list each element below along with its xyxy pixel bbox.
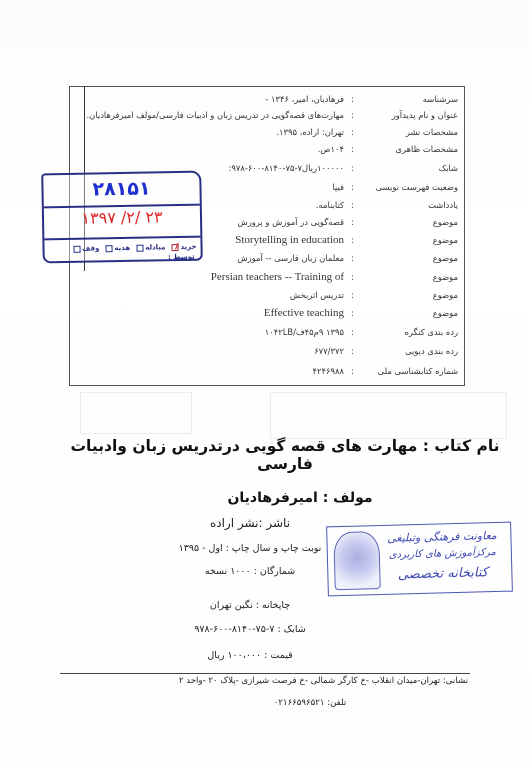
cip-colon: :: [351, 343, 354, 359]
author: مولف : امیرفرهادیان: [150, 490, 450, 506]
option-gift: هدیه: [105, 242, 130, 254]
cip-label: رده بندی دیویی: [358, 343, 458, 359]
cip-label: یادداشت: [358, 197, 458, 213]
cip-value: فیپا: [332, 179, 344, 195]
cip-label: رده بندی کنگره: [358, 324, 458, 340]
isbn: شابک : ۷-۷۵-۸۱۴۰-۶۰۰-۹۷۸: [110, 624, 390, 635]
cip-colon: :: [351, 107, 354, 123]
cip-label: موضوع: [358, 232, 458, 248]
cip-row: موضوع:Persian teachers -- Training of: [70, 269, 466, 285]
cip-value: ۶۷۷/۳۷۲: [314, 343, 344, 359]
cip-colon: :: [351, 141, 354, 157]
cip-colon: :: [351, 305, 354, 321]
cip-value: تهران: اراده، ۱۳۹۵.: [276, 124, 344, 140]
stamp-divider: [44, 236, 200, 240]
library-stamp: معاونت فرهنگی وتبلیغی مرکزآموزش های کارب…: [326, 522, 513, 597]
cip-value: تدریس اثربخش: [290, 287, 344, 303]
accession-date: ۱۳۹۷ /۲/ ۲۳: [44, 207, 200, 229]
option-label: هدیه: [114, 244, 130, 252]
cip-colon: :: [351, 363, 354, 379]
cip-label: موضوع: [358, 214, 458, 230]
cip-label: مشخصات ظاهری: [358, 141, 458, 157]
cip-colon: :: [351, 124, 354, 140]
cip-value: Storytelling in education: [235, 232, 344, 248]
emblem-icon: [333, 531, 381, 590]
option-exchange: مبادله: [136, 241, 166, 254]
option-label: خرید: [180, 243, 196, 251]
option-endowment: وقف: [73, 242, 99, 254]
cip-value: ۴۲۴۶۹۸۸: [313, 363, 345, 379]
cip-value: ۱۳۹۵ ۹م۴۵ف/۱۰۴۲LB: [265, 324, 344, 340]
cip-colon: :: [351, 160, 354, 176]
accession-number: ۲۸۱۵۱: [43, 177, 199, 202]
cip-row: سرشناسه:فرهادیان، امیر، ۱۳۴۶ -: [70, 91, 466, 107]
option-label: وقف: [82, 244, 99, 252]
cip-label: موضوع: [358, 250, 458, 266]
cip-value: ۱۰۰۰۰۰ریال۷-۷۵-۸۱۴۰-۶۰۰-۹۷۸:: [229, 160, 344, 176]
publisher-phone: تلفن: ۰۲۱۶۶۵۹۶۵۲۱: [210, 698, 410, 708]
option-purchase: خرید: [171, 241, 196, 253]
checkbox-icon: [105, 245, 112, 252]
cip-label: موضوع: [358, 287, 458, 303]
cip-row: موضوع:Effective teaching: [70, 305, 466, 321]
cip-value: ۱۰۴ص.: [318, 141, 344, 157]
cip-label: شابک: [358, 160, 458, 176]
cip-label: وضعیت فهرست نویسی: [358, 179, 458, 195]
cip-value: مهارت‌های قصه‌گویی در تدریس زبان و ادبیا…: [87, 107, 345, 123]
cip-row: رده بندی دیویی:۶۷۷/۳۷۲: [70, 343, 466, 359]
cip-value: Persian teachers -- Training of: [211, 269, 344, 285]
via-label: توسط :: [168, 253, 195, 261]
cip-value: قصه‌گویی در آموزش و پرورش: [237, 214, 344, 230]
cip-label: موضوع: [358, 269, 458, 285]
cip-row: شماره کتابشناسی ملی:۴۲۴۶۹۸۸: [70, 363, 466, 379]
cip-value: کتابنامه.: [316, 197, 344, 213]
show-through-box: [80, 392, 192, 434]
cip-label: عنوان و نام پدیدآور: [358, 107, 458, 123]
checkbox-checked-icon: [171, 244, 178, 251]
checkbox-icon: [73, 245, 80, 252]
cip-colon: :: [351, 269, 354, 285]
option-label: مبادله: [145, 243, 165, 251]
cip-row: عنوان و نام پدیدآور:مهارت‌های قصه‌گویی د…: [70, 107, 466, 123]
cip-colon: :: [351, 91, 354, 107]
library-stamp-line: معاونت فرهنگی وتبلیغی: [379, 529, 504, 545]
cip-label: مشخصات نشر: [358, 124, 458, 140]
cip-colon: :: [351, 250, 354, 266]
acquisition-stamp: ۲۸۱۵۱ ۱۳۹۷ /۲/ ۲۳ خرید مبادله هدیه وقف ت…: [41, 171, 203, 264]
cip-colon: :: [351, 287, 354, 303]
cip-row: موضوع:تدریس اثربخش: [70, 287, 466, 303]
cip-colon: :: [351, 179, 354, 195]
cip-row: رده بندی کنگره:۱۳۹۵ ۹م۴۵ف/۱۰۴۲LB: [70, 324, 466, 340]
show-through-box: [270, 392, 507, 439]
cip-label: شماره کتابشناسی ملی: [358, 363, 458, 379]
cip-row: مشخصات ظاهری:۱۰۴ص.: [70, 141, 466, 157]
cip-colon: :: [351, 214, 354, 230]
cip-value: Effective teaching: [264, 305, 344, 321]
cip-label: سرشناسه: [358, 91, 458, 107]
footer-divider: [60, 673, 470, 674]
book-title: نام کتاب : مهارت های قصه گویی درتدریس زب…: [60, 437, 510, 473]
printer: چاپخانه : نگین تهران: [110, 600, 390, 611]
cip-label: موضوع: [358, 305, 458, 321]
publisher-address: نشانی: تهران-میدان انقلاب -خ کارگر شمالی…: [62, 676, 468, 686]
checkbox-icon: [136, 244, 143, 251]
cip-colon: :: [351, 232, 354, 248]
cip-value: معلمان زبان فارسی -- آموزش: [237, 250, 344, 266]
library-stamp-line: مرکزآموزش های کاربردی: [380, 547, 505, 561]
price: قیمت : ۱۰۰،۰۰۰ ریال: [110, 650, 390, 661]
library-stamp-line: کتابخانه تخصصی: [380, 565, 505, 583]
cip-colon: :: [351, 324, 354, 340]
cip-value: فرهادیان، امیر، ۱۳۴۶ -: [265, 91, 344, 107]
cip-row: مشخصات نشر:تهران: اراده، ۱۳۹۵.: [70, 124, 466, 140]
cip-colon: :: [351, 197, 354, 213]
